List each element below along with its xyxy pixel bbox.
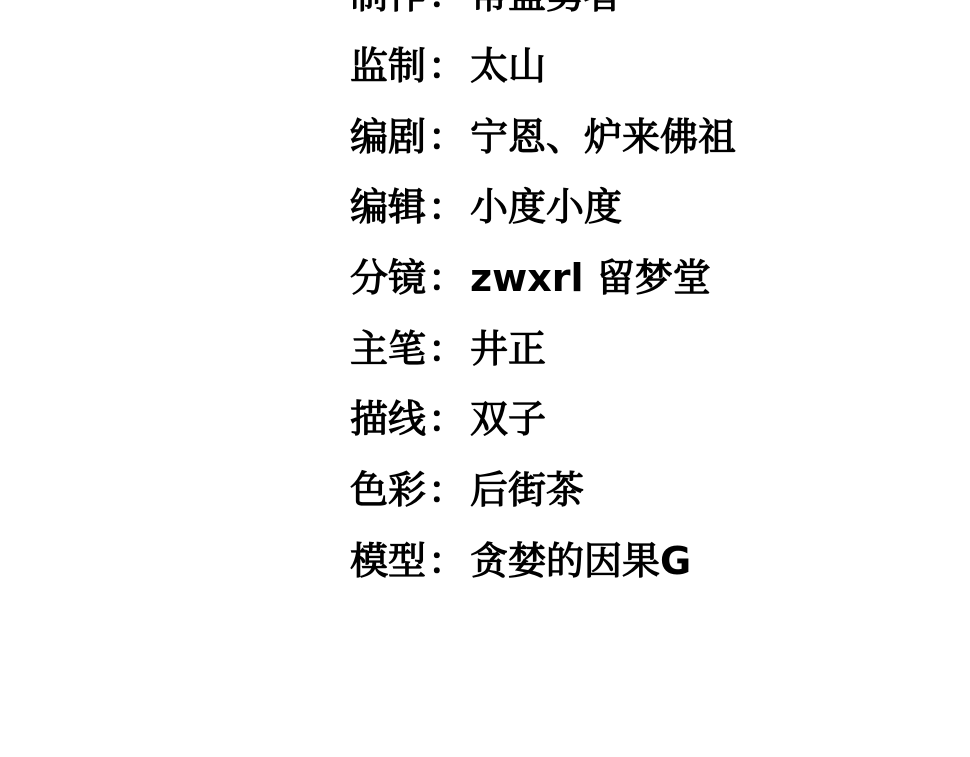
credit-row-line-art: 描线： 双子: [350, 384, 736, 455]
credit-colon: ：: [428, 259, 466, 297]
credit-role-text: 制作: [350, 0, 426, 14]
credit-name-text: 小度小度: [470, 188, 622, 226]
credit-role-label: 描线：: [350, 400, 470, 438]
credit-colon: ：: [428, 47, 466, 85]
credit-colon: ：: [428, 400, 466, 438]
credit-role-label: 制作：: [350, 0, 470, 14]
credit-colon: ：: [428, 0, 466, 14]
credit-row-model: 模型： 贪婪的因果G: [350, 526, 736, 597]
credit-colon: ：: [428, 471, 466, 509]
credit-role-label: 编剧：: [350, 118, 470, 156]
credit-colon: ：: [428, 542, 466, 580]
credit-colon: ：: [428, 188, 466, 226]
credit-colon: ：: [428, 330, 466, 368]
credit-role-label: 编辑：: [350, 188, 470, 226]
credit-row-lead-artist: 主笔： 井正: [350, 313, 736, 384]
credit-role-text: 监制: [350, 47, 426, 85]
credit-role-text: 描线: [350, 400, 426, 438]
credit-name-text: 双子: [470, 400, 546, 438]
credit-row-storyboard: 分镜： zwxrl 留梦堂: [350, 243, 736, 314]
credit-row-screenwriter: 编剧： 宁恩、炉来佛祖: [350, 101, 736, 172]
credit-role-label: 分镜：: [350, 259, 470, 297]
credit-colon: ：: [428, 118, 466, 156]
credit-row-production: 制作： 常盘勇者: [350, 0, 736, 31]
credit-role-text: 编剧: [350, 118, 426, 156]
credit-name-text: 常盘勇者: [470, 0, 622, 14]
credit-row-color: 色彩： 后街茶: [350, 455, 736, 526]
credit-row-editor: 编辑： 小度小度: [350, 172, 736, 243]
credits-page: 制作： 常盘勇者 监制： 太山 编剧： 宁恩、炉来佛祖 编辑： 小度小度 分镜：…: [0, 0, 970, 757]
credits-list: 制作： 常盘勇者 监制： 太山 编剧： 宁恩、炉来佛祖 编辑： 小度小度 分镜：…: [350, 0, 736, 596]
credit-role-text: 主笔: [350, 330, 426, 368]
credit-role-label: 色彩：: [350, 471, 470, 509]
credit-name-text: 井正: [470, 330, 546, 368]
credit-name-text: 后街茶: [470, 471, 584, 509]
credit-role-text: 模型: [350, 542, 426, 580]
credit-role-label: 主笔：: [350, 330, 470, 368]
credit-name-text: 太山: [470, 47, 546, 85]
credit-row-supervisor: 监制： 太山: [350, 31, 736, 102]
credit-role-label: 模型：: [350, 542, 470, 580]
credit-name-text: 宁恩、炉来佛祖: [470, 118, 736, 156]
credit-role-text: 色彩: [350, 471, 426, 509]
credit-name-text: 贪婪的因果G: [470, 542, 691, 580]
credit-name-text: zwxrl 留梦堂: [470, 259, 711, 297]
credit-role-text: 编辑: [350, 188, 426, 226]
credit-role-label: 监制：: [350, 47, 470, 85]
credit-role-text: 分镜: [350, 259, 426, 297]
